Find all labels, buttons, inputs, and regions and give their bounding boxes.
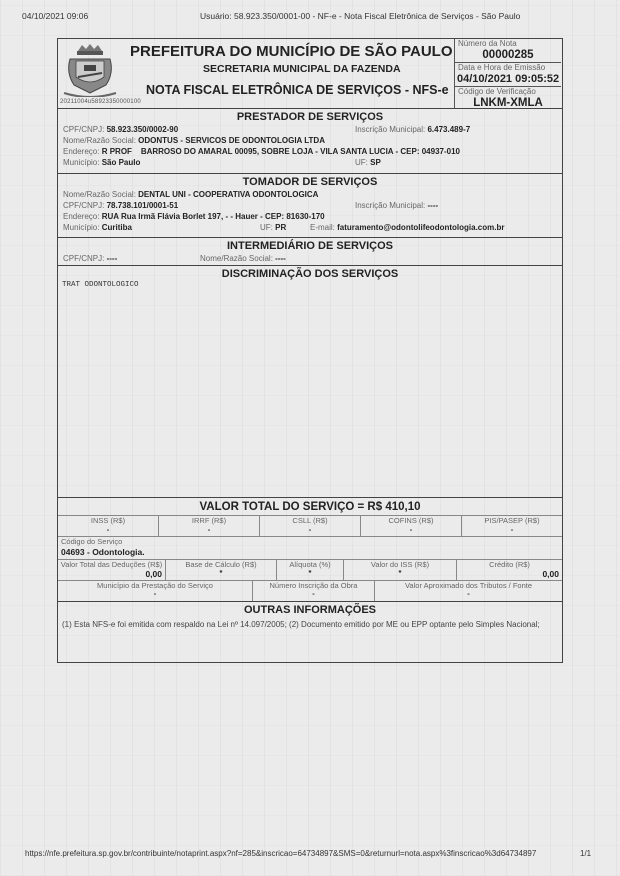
intermediario-row: CPF/CNPJ: ---- Nome/Razão Social: ---- xyxy=(58,253,562,264)
nome-label: Nome/Razão Social: xyxy=(200,254,273,263)
tax-value: - xyxy=(462,525,562,534)
tax-label: PIS/PASEP (R$) xyxy=(462,516,562,525)
codigo-servico-label: Código do Serviço xyxy=(61,537,562,547)
calc-grid: Valor Total das Deduções (R$) 0,00 Base … xyxy=(58,559,562,580)
base-calculo-cell: Base de Cálculo (R$) * xyxy=(166,560,277,580)
calc-label: Valor Total das Deduções (R$) xyxy=(58,560,165,569)
im-label: Inscrição Municipal: xyxy=(355,125,425,134)
tax-value: - xyxy=(159,525,259,534)
extra-grid: Município da Prestação do Serviço - Núme… xyxy=(58,580,562,601)
calc-label: Crédito (R$) xyxy=(457,560,562,569)
prestador-row-cnpj: CPF/CNPJ: 58.923.350/0002-90 Inscrição M… xyxy=(58,124,562,135)
tax-value: - xyxy=(58,525,158,534)
uf-label: UF: xyxy=(260,223,273,232)
tax-value: - xyxy=(361,525,461,534)
municipio-prestacao-cell: Município da Prestação do Serviço - xyxy=(58,581,253,601)
deducoes-cell: Valor Total das Deduções (R$) 0,00 xyxy=(58,560,166,580)
invoice-id-box: Número da Nota 00000285 Data e Hora de E… xyxy=(454,39,561,108)
numero-nota: 00000285 xyxy=(455,49,561,63)
prestador-nome: ODONTUS - SERVICOS DE ODONTOLOGIA LTDA xyxy=(138,136,325,145)
codigo-servico-value: 04693 - Odontologia. xyxy=(61,547,562,558)
intermediario-cnpj: ---- xyxy=(107,254,118,263)
valor-total-title: VALOR TOTAL DO SERVIÇO = R$ 410,10 xyxy=(58,498,562,515)
secretaria-subtitle: SECRETARIA MUNICIPAL DA FAZENDA xyxy=(203,63,401,75)
print-url: https://nfe.prefeitura.sp.gov.br/contrib… xyxy=(25,849,536,858)
tax-inss: INSS (R$) - xyxy=(58,516,159,536)
document-type-title: NOTA FISCAL ELETRÔNICA DE SERVIÇOS - NFS… xyxy=(146,83,449,97)
tax-value: - xyxy=(260,525,360,534)
calc-value: 0,00 xyxy=(542,569,559,579)
extra-value: - xyxy=(253,590,374,598)
tax-csll: CSLL (R$) - xyxy=(260,516,361,536)
cnpj-label: CPF/CNPJ: xyxy=(63,125,104,134)
prestador-municipio: São Paulo xyxy=(102,158,141,167)
outras-informacoes-section: OUTRAS INFORMAÇÕES (1) Esta NFS-e foi em… xyxy=(58,602,562,632)
extra-value: - xyxy=(375,590,562,598)
barcode-text: 20211004u58923350000100 xyxy=(60,99,141,105)
prestador-section: PRESTADOR DE SERVIÇOS CPF/CNPJ: 58.923.3… xyxy=(58,109,562,174)
tomador-row-endereco: Endereço: RUA Rua Irmã Flávia Borlet 197… xyxy=(58,211,562,222)
tomador-endereco: RUA Rua Irmã Flávia Borlet 197, - - Haue… xyxy=(102,212,325,221)
prestador-endereco: R PROF BARROSO DO AMARAL 00095, SOBRE LO… xyxy=(102,147,460,156)
municipio-label: Município: xyxy=(63,158,99,167)
valor-total-section: VALOR TOTAL DO SERVIÇO = R$ 410,10 INSS … xyxy=(58,498,562,602)
prestador-im: 6.473.489-7 xyxy=(427,125,470,134)
cnpj-label: CPF/CNPJ: xyxy=(63,201,104,210)
intermediario-section: INTERMEDIÁRIO DE SERVIÇOS CPF/CNPJ: ----… xyxy=(58,238,562,266)
codigo-verificacao-label: Código de Verificação xyxy=(455,87,561,97)
calc-value: * xyxy=(277,569,343,577)
tomador-municipio: Curitiba xyxy=(102,223,132,232)
tomador-row-municipio: Município: Curitiba UF: PR E-mail: fatur… xyxy=(58,222,562,233)
print-title: Usuário: 58.923.350/0001-00 - NF-e - Not… xyxy=(200,11,520,21)
tributos-fonte-cell: Valor Aproximado dos Tributos / Fonte - xyxy=(375,581,562,601)
tax-irrf: IRRF (R$) - xyxy=(159,516,260,536)
intermediario-nome: ---- xyxy=(275,254,286,263)
tax-pis-pasep: PIS/PASEP (R$) - xyxy=(462,516,562,536)
aliquota-cell: Alíquota (%) * xyxy=(277,560,344,580)
tomador-cnpj: 78.738.101/0001-51 xyxy=(107,201,179,210)
endereco-label: Endereço: xyxy=(63,147,99,156)
tax-grid: INSS (R$) - IRRF (R$) - CSLL (R$) - COFI… xyxy=(58,515,562,536)
credito-cell: Crédito (R$) 0,00 xyxy=(457,560,562,580)
calc-value: * xyxy=(344,569,456,577)
discriminacao-title: DISCRIMINAÇÃO DOS SERVIÇOS xyxy=(58,266,562,281)
extra-value: - xyxy=(58,590,252,598)
tomador-row-nome: Nome/Razão Social: DENTAL UNI - COOPERAT… xyxy=(58,189,562,200)
outras-text: (1) Esta NFS-e foi emitida com respaldo … xyxy=(58,617,562,632)
discriminacao-text: TRAT ODONTOLOGICO xyxy=(58,281,562,289)
intermediario-title: INTERMEDIÁRIO DE SERVIÇOS xyxy=(58,238,562,253)
endereco-label: Endereço: xyxy=(63,212,99,221)
tomador-nome: DENTAL UNI - COOPERATIVA ODONTOLOGICA xyxy=(138,190,318,199)
prestador-row-endereco: Endereço: R PROF BARROSO DO AMARAL 00095… xyxy=(58,146,562,157)
page-number: 1/1 xyxy=(580,849,591,858)
print-header: 04/10/2021 09:06 Usuário: 58.923.350/000… xyxy=(0,11,620,25)
prestador-row-municipio: Município: São Paulo UF: SP xyxy=(58,157,562,168)
data-emissao-label: Data e Hora de Emissão xyxy=(455,63,561,73)
calc-value: 0,00 xyxy=(145,569,162,579)
email-label: E-mail: xyxy=(310,223,335,232)
print-datetime: 04/10/2021 09:06 xyxy=(22,11,88,21)
municipio-label: Município: xyxy=(63,223,99,232)
calc-value: * xyxy=(166,569,276,577)
tax-label: IRRF (R$) xyxy=(159,516,259,525)
tomador-row-cnpj: CPF/CNPJ: 78.738.101/0001-51 Inscrição M… xyxy=(58,200,562,211)
uf-label: UF: xyxy=(355,158,368,167)
prestador-uf: SP xyxy=(370,158,381,167)
discriminacao-section: DISCRIMINAÇÃO DOS SERVIÇOS TRAT ODONTOLO… xyxy=(58,266,562,498)
numero-nota-label: Número da Nota xyxy=(455,39,561,49)
cnpj-label: CPF/CNPJ: xyxy=(63,254,104,263)
tax-label: COFINS (R$) xyxy=(361,516,461,525)
nfse-document: 20211004u58923350000100 PREFEITURA DO MU… xyxy=(57,38,563,663)
tomador-section: TOMADOR DE SERVIÇOS Nome/Razão Social: D… xyxy=(58,174,562,238)
im-label: Inscrição Municipal: xyxy=(355,201,425,210)
prestador-row-nome: Nome/Razão Social: ODONTUS - SERVICOS DE… xyxy=(58,135,562,146)
document-header: 20211004u58923350000100 PREFEITURA DO MU… xyxy=(58,39,562,109)
valor-iss-cell: Valor do ISS (R$) * xyxy=(344,560,457,580)
tomador-email: faturamento@odontolifeodontologia.com.br xyxy=(337,223,504,232)
nome-label: Nome/Razão Social: xyxy=(63,190,136,199)
tax-label: CSLL (R$) xyxy=(260,516,360,525)
codigo-servico: Código do Serviço 04693 - Odontologia. xyxy=(58,536,562,559)
data-emissao: 04/10/2021 09:05:52 xyxy=(455,73,561,87)
prefeitura-title: PREFEITURA DO MUNICÍPIO DE SÃO PAULO xyxy=(130,43,453,60)
prestador-cnpj: 58.923.350/0002-90 xyxy=(107,125,179,134)
tax-cofins: COFINS (R$) - xyxy=(361,516,462,536)
outras-title: OUTRAS INFORMAÇÕES xyxy=(58,602,562,617)
nome-label: Nome/Razão Social: xyxy=(63,136,136,145)
tomador-im: ---- xyxy=(427,201,438,210)
coat-of-arms-icon xyxy=(62,43,118,97)
tax-label: INSS (R$) xyxy=(58,516,158,525)
prestador-title: PRESTADOR DE SERVIÇOS xyxy=(58,109,562,124)
tomador-title: TOMADOR DE SERVIÇOS xyxy=(58,174,562,189)
inscricao-obra-cell: Número Inscrição da Obra - xyxy=(253,581,375,601)
tomador-uf: PR xyxy=(275,223,286,232)
